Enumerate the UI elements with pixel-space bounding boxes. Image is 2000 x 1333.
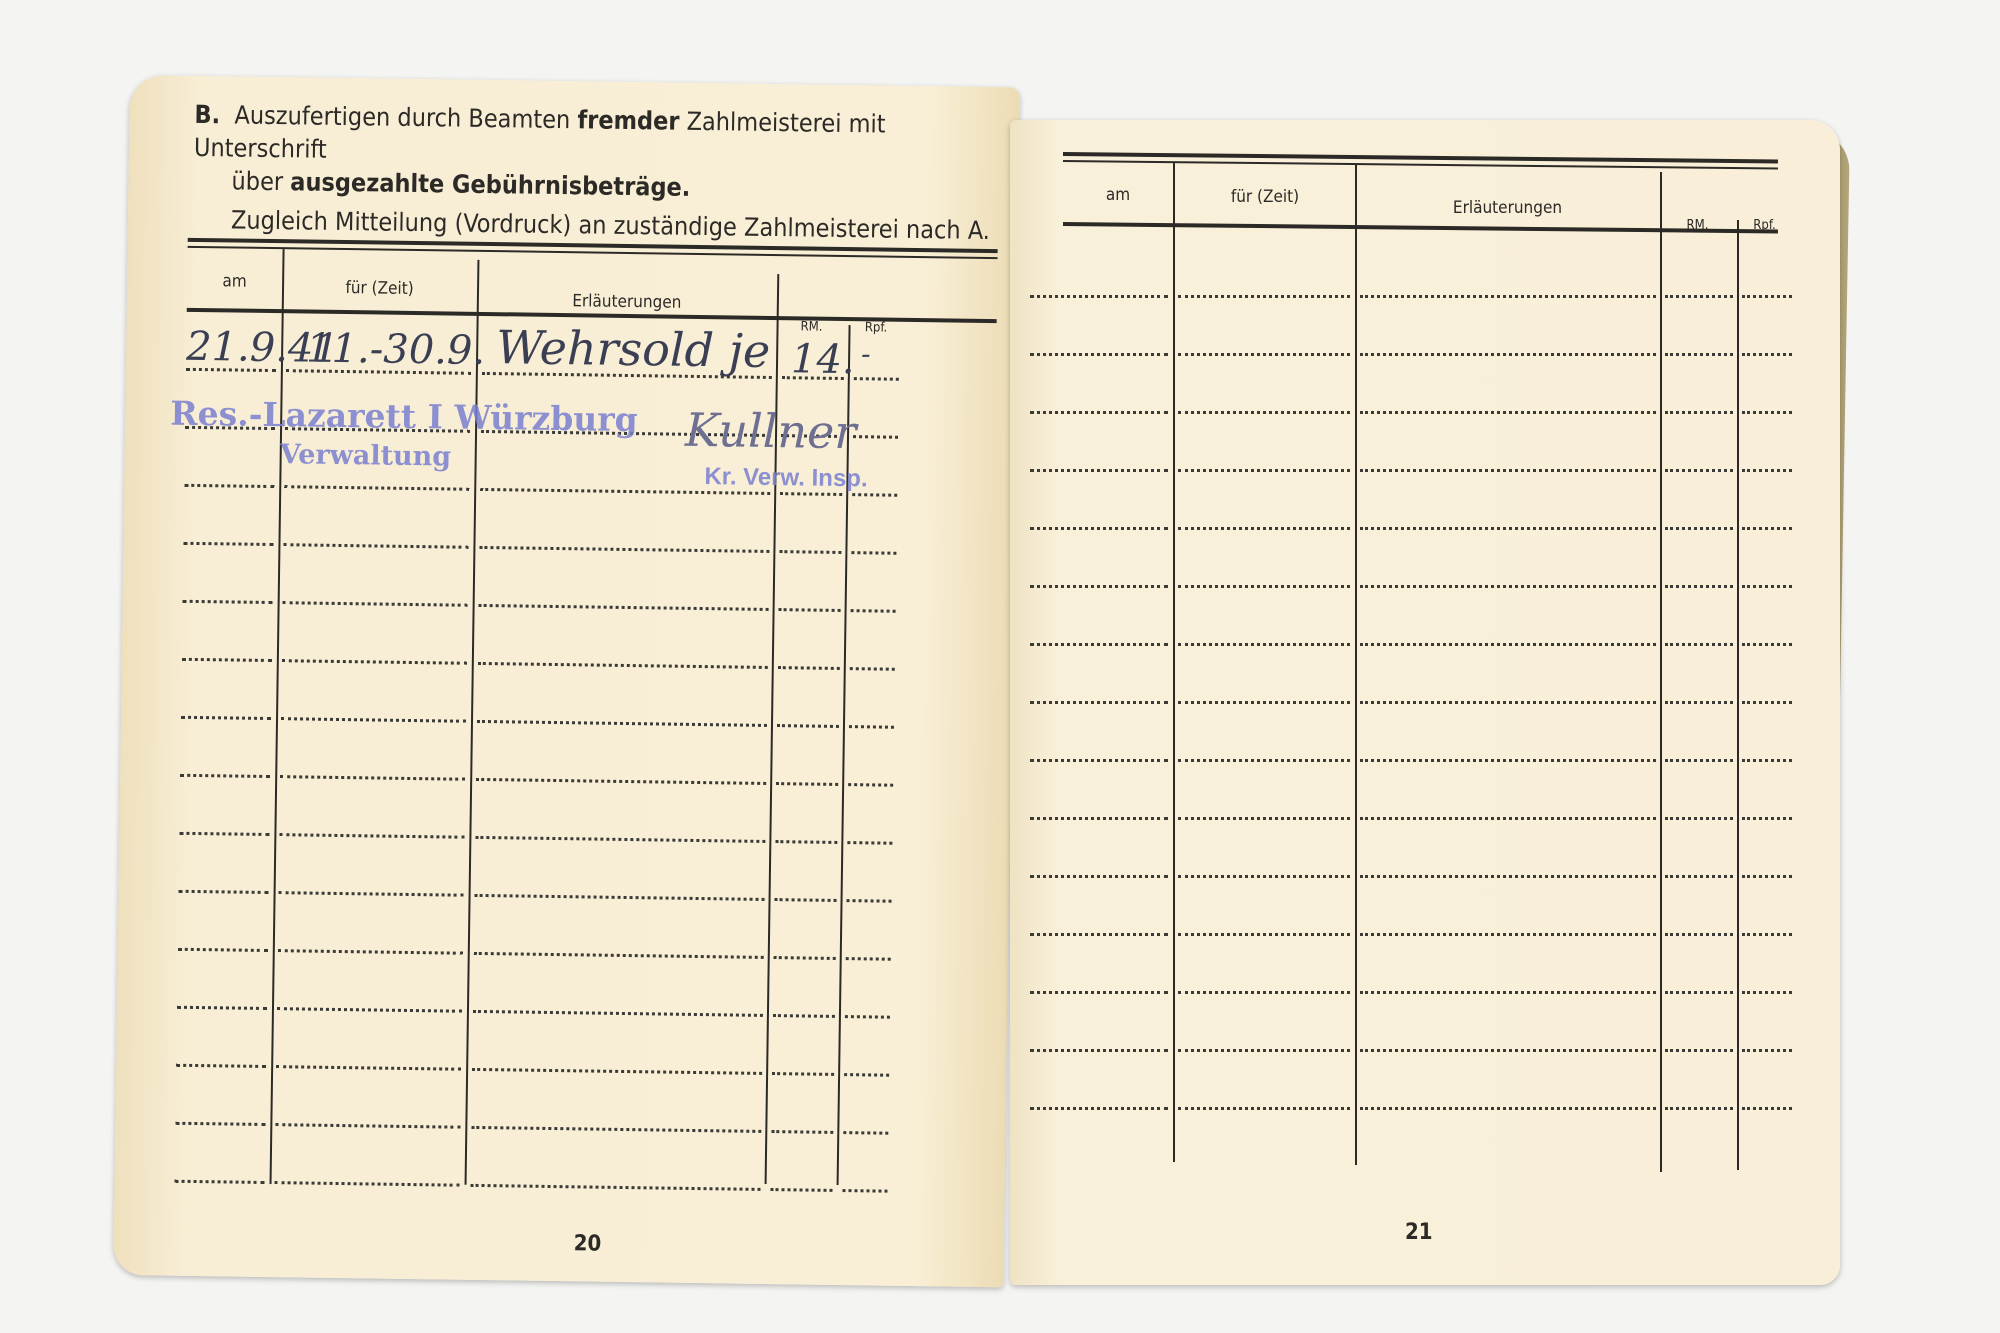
ruled-line [178, 948, 268, 952]
ruled-line [843, 1131, 888, 1135]
signature: Kullner [685, 403, 857, 459]
ruled-line [847, 899, 892, 903]
ruled-line [1742, 991, 1792, 994]
ruled-line [1178, 759, 1350, 762]
ruled-line [1030, 469, 1168, 472]
ruled-line [1030, 585, 1168, 588]
page-number-right: 21 [1405, 1220, 1433, 1245]
ruled-line [1360, 991, 1656, 994]
ruled-line [280, 775, 465, 781]
ruled-line [276, 1065, 461, 1071]
ruled-line [475, 894, 765, 901]
right-page: am für (Zeit) Erläuterungen RM. Rpf. 21 [1010, 120, 1840, 1285]
ruled-line [849, 725, 894, 729]
ruled-line [478, 662, 768, 669]
stamp-title: Kr. Verw. Insp. [704, 463, 868, 493]
ruled-line [1665, 1049, 1733, 1052]
ruled-line [1360, 701, 1656, 704]
ruled-line [771, 1130, 833, 1134]
ruled-line [1360, 875, 1656, 878]
ruled-line [852, 493, 897, 497]
instruction-line1a: Auszufertigen durch Beamten [234, 100, 577, 134]
ruled-line [183, 542, 273, 546]
ruled-line [181, 716, 271, 720]
ruled-line [277, 1007, 462, 1013]
ruled-line [1665, 585, 1733, 588]
col-divider-2 [1355, 165, 1357, 1165]
ruled-line [1178, 817, 1350, 820]
ruled-line [774, 956, 836, 960]
ruled-line [1360, 469, 1656, 472]
entry-description[interactable]: Wehrsold je [496, 320, 771, 378]
ruled-line [283, 543, 468, 549]
ruled-line [770, 1188, 832, 1192]
ruled-line [283, 601, 468, 607]
ruled-line [1178, 411, 1350, 414]
ruled-line [1665, 759, 1733, 762]
left-ruled-lines [130, 75, 1020, 87]
ruled-line [1360, 759, 1656, 762]
ruled-line [847, 841, 892, 845]
stamp-lazarett: Res.-Lazarett I Würzburg [170, 394, 638, 440]
ruled-line [1178, 701, 1350, 704]
ruled-line [1030, 411, 1168, 414]
ruled-line [1665, 295, 1733, 298]
col-header-rm: RM. [1660, 218, 1735, 233]
ruled-line [182, 658, 272, 662]
ruled-line [1665, 411, 1733, 414]
ruled-line [779, 550, 841, 554]
ruled-line [1665, 991, 1733, 994]
ruled-line [275, 1181, 460, 1187]
col-header-fuer-zeit: für (Zeit) [1175, 187, 1355, 207]
ruled-line [1665, 527, 1733, 530]
ruled-line [471, 1184, 761, 1191]
section-letter-text: B. [194, 100, 220, 129]
ruled-line [1360, 585, 1656, 588]
ruled-line [1030, 353, 1168, 356]
ruled-line [176, 1064, 266, 1068]
ruled-line [279, 891, 464, 897]
ruled-line [479, 546, 769, 553]
instruction-line2a: über [193, 166, 290, 196]
ruled-line [1030, 817, 1168, 820]
ruled-line [1178, 295, 1350, 298]
ruled-line [284, 485, 469, 491]
ruled-line [846, 957, 891, 961]
page-number-left: 20 [574, 1231, 602, 1256]
ruled-line [776, 782, 838, 786]
ruled-line [1742, 1049, 1792, 1052]
ruled-line [1030, 759, 1168, 762]
ruled-line [775, 840, 837, 844]
ruled-line [1665, 353, 1733, 356]
ruled-line [779, 608, 841, 612]
col-header-am: am [1063, 185, 1173, 205]
ruled-line [1030, 1049, 1168, 1052]
ruled-line [183, 600, 273, 604]
ruled-line [1665, 701, 1733, 704]
ruled-line [275, 1123, 460, 1129]
ruled-line [279, 833, 464, 839]
ruled-line [1360, 295, 1656, 298]
ruled-line [1742, 875, 1792, 878]
col-header-am: am [187, 271, 282, 292]
ruled-line [282, 659, 467, 665]
ruled-line [1665, 817, 1733, 820]
ruled-line [1742, 759, 1792, 762]
ruled-line [775, 898, 837, 902]
ruled-line [1030, 295, 1168, 298]
ruled-line [1030, 701, 1168, 704]
ruled-line [1742, 643, 1792, 646]
instruction-line2-bold: ausgezahlte Gebührnisbeträge. [290, 167, 690, 202]
ruled-line [479, 604, 769, 611]
ruled-line [175, 1122, 265, 1126]
col-divider-4 [1737, 220, 1739, 1170]
ruled-line [281, 717, 466, 723]
ruled-line [853, 435, 898, 439]
stamp-verwaltung: Verwaltung [279, 439, 451, 472]
ruled-line [180, 774, 270, 778]
ruled-line [842, 1189, 887, 1193]
ruled-line [1030, 643, 1168, 646]
ruled-line [1742, 1107, 1792, 1110]
ruled-line [471, 1126, 761, 1133]
ruled-line [1742, 933, 1792, 936]
col-header-rpf: Rpf. [848, 320, 903, 336]
ruled-line [1360, 1107, 1656, 1110]
ruled-line [177, 1006, 267, 1010]
ruled-line [278, 949, 463, 955]
ruled-line [1178, 353, 1350, 356]
col-header-rm: RM. [776, 319, 846, 335]
ruled-line [1665, 643, 1733, 646]
ruled-line [1360, 527, 1656, 530]
ruled-line [1360, 933, 1656, 936]
ruled-line [848, 783, 893, 787]
left-page: B. Auszufertigen durch Beamten fremder Z… [113, 75, 1020, 1287]
ruled-line [184, 484, 274, 488]
ruled-line [1665, 469, 1733, 472]
col-divider-1 [1173, 162, 1175, 1162]
ruled-line [845, 1015, 890, 1019]
ruled-line [1360, 411, 1656, 414]
col-divider-3 [1660, 172, 1662, 1172]
ruled-line [1742, 469, 1792, 472]
ruled-line [472, 1068, 762, 1075]
ruled-line [778, 666, 840, 670]
ruled-line [1178, 1049, 1350, 1052]
ruled-line [1360, 353, 1656, 356]
ruled-line [1178, 585, 1350, 588]
col-header-rpf: Rpf. [1737, 218, 1792, 233]
entry-rm[interactable]: 14. [791, 336, 855, 383]
ruled-line [1665, 933, 1733, 936]
ruled-line [850, 667, 895, 671]
ruled-line [773, 1014, 835, 1018]
ruled-line [1742, 585, 1792, 588]
ruled-line [474, 952, 764, 959]
ruled-line [1030, 991, 1168, 994]
ruled-line [179, 832, 269, 836]
ruled-line [1178, 933, 1350, 936]
ruled-line [1742, 701, 1792, 704]
ruled-line [1030, 933, 1168, 936]
col-header-erlaeuterungen: Erläuterungen [1355, 198, 1660, 218]
section-instructions: B. Auszufertigen durch Beamten fremder Z… [193, 98, 995, 247]
ruled-line [1742, 295, 1792, 298]
ruled-line [477, 720, 767, 727]
ruled-line [1360, 1049, 1656, 1052]
ruled-line [854, 377, 899, 381]
ruled-line [851, 609, 896, 613]
ruled-line [1360, 643, 1656, 646]
ruled-line [1178, 991, 1350, 994]
ruled-line [1742, 353, 1792, 356]
ruled-line [1030, 1107, 1168, 1110]
ruled-line [851, 551, 896, 555]
ruled-line [1030, 875, 1168, 878]
col-header-fuer-zeit: für (Zeit) [282, 277, 477, 300]
ruled-line [1178, 527, 1350, 530]
ruled-line [1360, 817, 1656, 820]
ruled-line [1742, 527, 1792, 530]
entry-rpf[interactable]: - [861, 337, 871, 370]
ruled-line [1178, 469, 1350, 472]
col-header-erlaeuterungen: Erläuterungen [477, 290, 777, 314]
entry-period[interactable]: 11.-30.9. [306, 325, 486, 373]
ruled-line [1178, 875, 1350, 878]
ruled-line [1742, 411, 1792, 414]
ruled-line [1030, 527, 1168, 530]
ruled-line [473, 1010, 763, 1017]
ruled-line [1178, 643, 1350, 646]
ruled-line [1178, 1107, 1350, 1110]
ruled-line [1742, 817, 1792, 820]
ruled-line [777, 724, 839, 728]
ruled-line [476, 778, 766, 785]
ruled-line [475, 836, 765, 843]
ruled-line [179, 890, 269, 894]
ruled-line [1665, 1107, 1733, 1110]
ruled-line [175, 1180, 265, 1184]
ruled-line [1665, 875, 1733, 878]
instruction-line1-bold: fremder [577, 105, 679, 135]
ruled-line [844, 1073, 889, 1077]
ruled-line [772, 1072, 834, 1076]
